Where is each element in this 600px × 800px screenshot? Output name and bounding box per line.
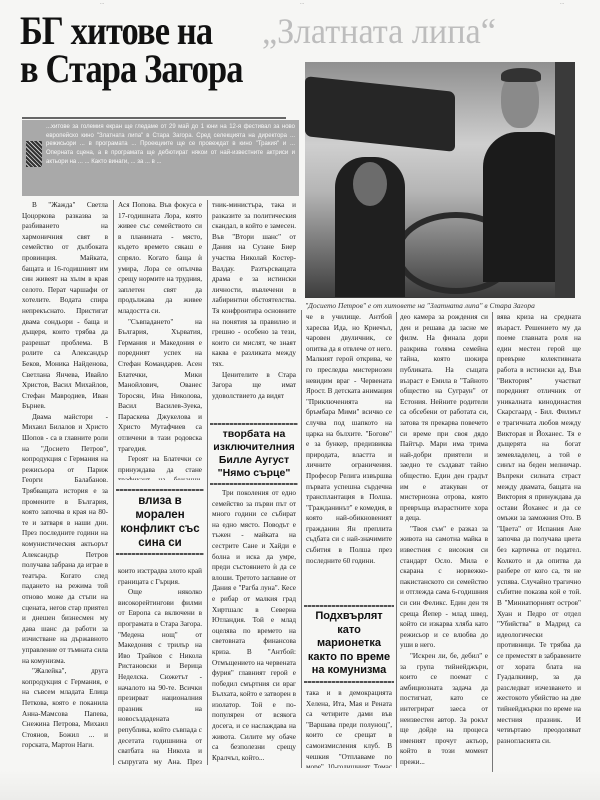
headline-line2: в Стара Загора — [20, 50, 243, 88]
col1-para-2: Двама майстори - Михаил Билалов и Христо… — [22, 412, 108, 666]
col2-para-1: Ася Попова. Във фокуса е 17-годишната Ло… — [118, 200, 202, 317]
article-column-3-bottom: Три поколения от едно семейство за първи… — [212, 488, 296, 768]
col5-para-2: "Твоя съм" е разказ за живота на самотна… — [400, 524, 488, 651]
col5-para-1: део камера за рождения си ден и решава д… — [400, 312, 488, 524]
headline-divider — [22, 117, 286, 119]
lead-text: ...хитове за големия екран ще гледаме от… — [46, 124, 295, 165]
column-divider — [396, 312, 397, 768]
headline: БГ хитове на в Стара Загора — [20, 12, 243, 88]
pull-quote-1-text: влиза в морален конфликт със сина си — [116, 494, 204, 550]
col2-para-2: "Съвпадането" на България, Хърватия, Гер… — [118, 317, 202, 455]
article-column-4-bottom: така и в демокрацията Хелена, Ита, Мая и… — [306, 688, 392, 768]
col1-para-1: В "Жажда" Светла Цоцоркова разказва за р… — [22, 200, 108, 412]
column-divider — [492, 312, 493, 772]
article-column-6: вява криза на средната възраст. Решениет… — [497, 312, 581, 772]
page-header-right: ... — [560, 0, 564, 6]
pull-quote-3-text: Подхвърлят като марионетка както по врем… — [304, 610, 394, 678]
festival-name-rest: латната липа — [294, 11, 481, 51]
film-still-photo — [305, 62, 575, 298]
festival-logo-icon — [26, 141, 42, 167]
article-column-3-top: тник-министъра, така и разказите за поли… — [212, 200, 296, 422]
col3-para-1: тник-министъра, така и разказите за поли… — [212, 200, 296, 370]
column-divider — [207, 200, 208, 765]
article-column-2-top: Ася Попова. Във фокуса е 17-годишната Ло… — [118, 200, 202, 480]
newspaper-page: ... ... ... БГ хитове на в Стара Загора … — [0, 0, 600, 800]
col3-para-3: Три поколения от едно семейство за първи… — [212, 488, 296, 763]
pull-quote-2: творбата на изключителния Билле Аугуст "… — [210, 420, 298, 488]
page-header-strip: ... ... ... — [0, 0, 600, 8]
col1-para-3: "Жалейка", друга копродукция с Германия,… — [22, 666, 108, 751]
column-divider — [113, 200, 114, 765]
page-header-left: ... — [100, 0, 104, 6]
column-divider — [301, 310, 302, 768]
page-bottom-shadow — [0, 770, 600, 800]
col4-para-1: че в училище. Антбой харесва Ида, но Кри… — [306, 312, 392, 566]
article-column-5: део камера за рождения си ден и решава д… — [400, 312, 488, 772]
article-column-4-top: че в училище. Антбой харесва Ида, но Кри… — [306, 312, 392, 602]
article-column-2-bottom: които изстрадва злото край границата с Г… — [118, 566, 202, 766]
col2-para-4: които изстрадва злото край границата с Г… — [118, 566, 202, 587]
lead-paragraph-box: ...хитове за големия екран ще гледаме от… — [22, 120, 299, 196]
pull-quote-3: Подхвърлят като марионетка както по врем… — [304, 602, 394, 686]
col2-para-3: Героят на Блатечки се принуждава да стан… — [118, 454, 202, 480]
col5-para-3: "Искрен ли, бе, дебил" е за група тийней… — [400, 651, 488, 768]
col4-para-2: така и в демокрацията Хелена, Ита, Мая и… — [306, 688, 392, 768]
col6-para-1: вява криза на средната възраст. Решениет… — [497, 312, 581, 746]
festival-close-quote: “ — [481, 11, 496, 51]
article-column-1: В "Жажда" Светла Цоцоркова разказва за р… — [22, 200, 108, 765]
col3-para-2: Ценителите в Стара Загора ще имат удовол… — [212, 370, 296, 402]
festival-name: „Златната липа“ — [262, 13, 496, 49]
photo-caption: "Досието Петров" е от хитовете на "Златн… — [305, 301, 595, 310]
page-header-center: ... — [300, 0, 304, 6]
pull-quote-2-text: творбата на изключителния Билле Аугуст "… — [210, 428, 298, 480]
pull-quote-1: влиза в морален конфликт със сина си — [116, 486, 204, 558]
col2-para-5: Още няколко високорейтингови филми от Ев… — [118, 587, 202, 766]
festival-open-quote: „З — [262, 11, 294, 51]
